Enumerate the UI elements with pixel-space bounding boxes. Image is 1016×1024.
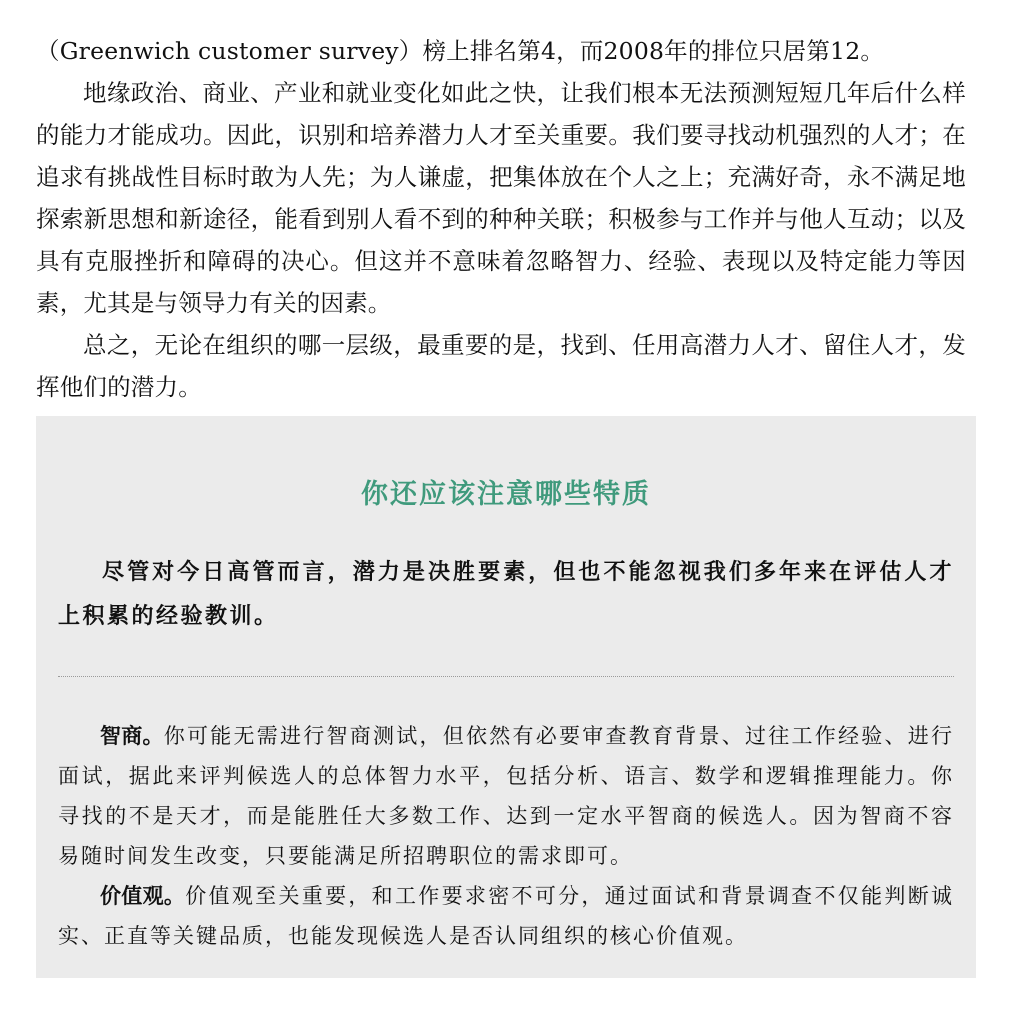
- dotted-divider: [58, 676, 954, 677]
- sidebar-box-body: 智商。你可能无需进行智商测试，但依然有必要审查教育背景、过往工作经验、进行面试，…: [58, 716, 954, 956]
- paragraph-survey-ranking: （Greenwich customer survey）榜上排名第4，而2008年…: [36, 30, 966, 72]
- trait-description: 价值观至关重要，和工作要求密不可分，通过面试和背景调查不仅能判断诚实、正直等关键…: [58, 884, 954, 948]
- paragraph-potential-talent: 地缘政治、商业、产业和就业变化如此之快，让我们根本无法预测短短几年后什么样的能力…: [36, 72, 966, 324]
- trait-term: 价值观。: [100, 884, 185, 908]
- main-body-text: （Greenwich customer survey）榜上排名第4，而2008年…: [36, 30, 966, 408]
- trait-description: 你可能无需进行智商测试，但依然有必要审查教育背景、过往工作经验、进行面试，据此来…: [58, 724, 954, 868]
- trait-term: 智商。: [100, 724, 164, 748]
- sidebar-box-lead: 尽管对今日高管而言，潜力是决胜要素，但也不能忽视我们多年来在评估人才上积累的经验…: [58, 550, 954, 638]
- paragraph-conclusion: 总之，无论在组织的哪一层级，最重要的是，找到、任用高潜力人才、留住人才，发挥他们…: [36, 324, 966, 408]
- trait-item-iq: 智商。你可能无需进行智商测试，但依然有必要审查教育背景、过往工作经验、进行面试，…: [58, 716, 954, 876]
- sidebar-box: 你还应该注意哪些特质 尽管对今日高管而言，潜力是决胜要素，但也不能忽视我们多年来…: [36, 416, 976, 978]
- trait-item-values: 价值观。价值观至关重要，和工作要求密不可分，通过面试和背景调查不仅能判断诚实、正…: [58, 876, 954, 956]
- sidebar-box-title: 你还应该注意哪些特质: [36, 472, 976, 511]
